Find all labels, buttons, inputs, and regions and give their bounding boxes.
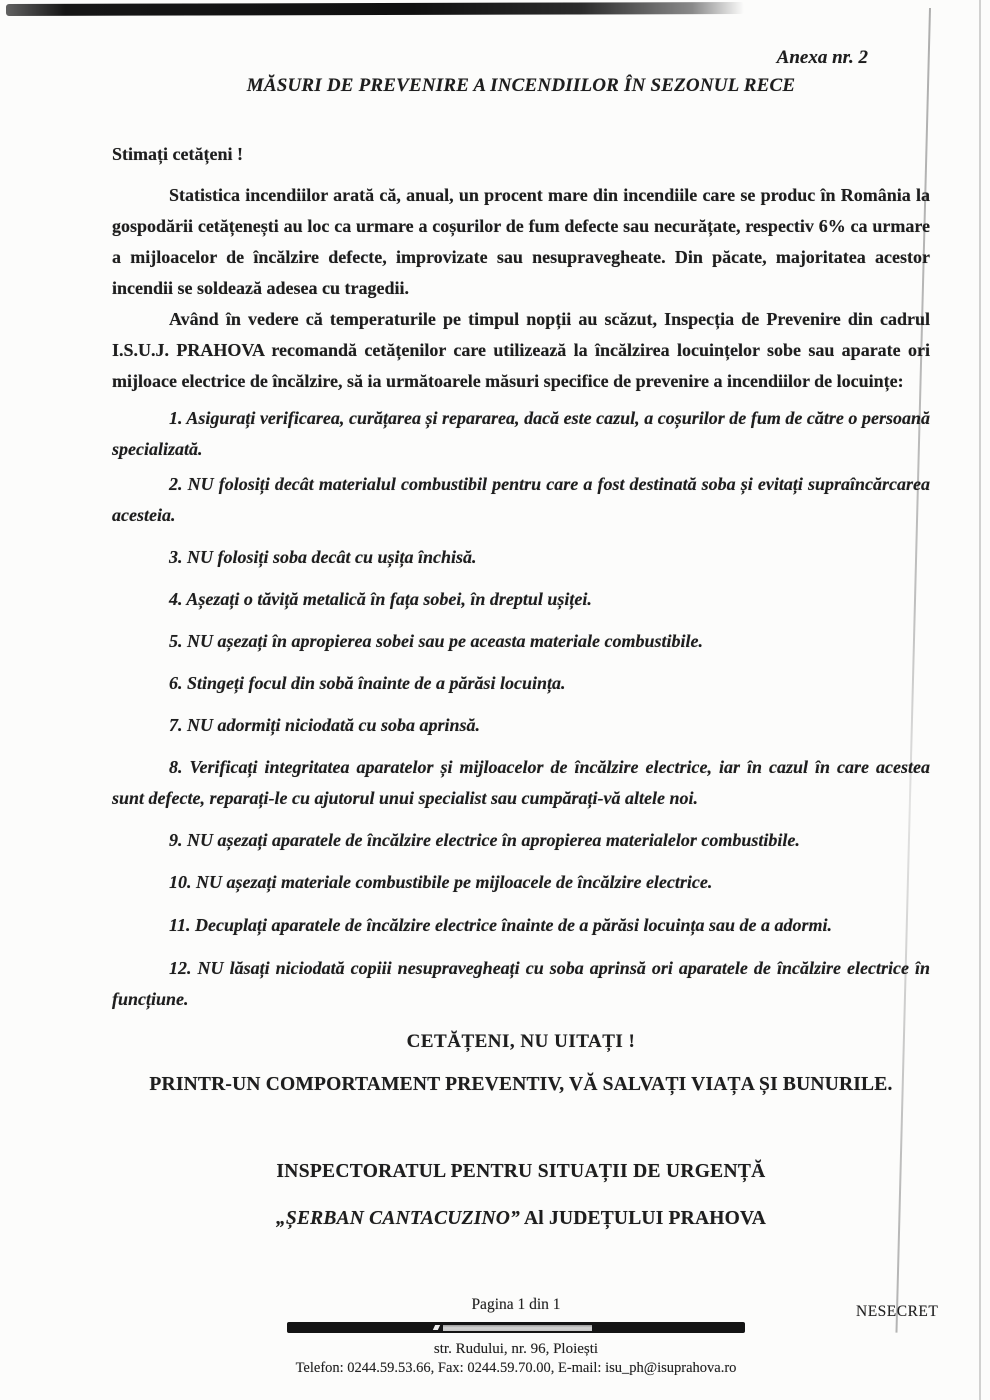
closing-warning: CETĂȚENI, NU UITAȚI ! — [112, 1029, 930, 1055]
document-title: MĂSURI DE PREVENIRE A INCENDIILOR ÎN SEZ… — [112, 74, 930, 98]
page-indicator: Pagina 1 din 1 — [287, 1295, 745, 1315]
scan-page-edge-line — [979, 0, 981, 1400]
footer-contact: Telefon: 0244.59.53.66, Fax: 0244.59.70.… — [287, 1359, 745, 1377]
measure-item-5: 5. NU așezați în apropierea sobei sau pe… — [112, 626, 930, 657]
signature-organization: INSPECTORATUL PENTRU SITUAȚII DE URGENȚĂ — [112, 1158, 930, 1185]
scanned-document-page: Anexa nr. 2 MĂSURI DE PREVENIRE A INCEND… — [0, 0, 990, 1400]
footer-bar-notch — [433, 1325, 440, 1330]
measure-item-12: 12. NU lăsați niciodată copiii nesuprave… — [112, 953, 930, 1015]
measure-item-1: 1. Asigurați verificarea, curățarea și r… — [112, 403, 930, 465]
annex-label: Anexa nr. 2 — [112, 46, 930, 70]
footer: Pagina 1 din 1 str. Rudului, nr. 96, Plo… — [287, 1295, 745, 1377]
measure-item-7: 7. NU adormiți niciodată cu soba aprinsă… — [112, 710, 930, 741]
footer-bar-light-segment — [443, 1325, 592, 1331]
closing-slogan: PRINTR-UN COMPORTAMENT PREVENTIV, VĂ SAL… — [112, 1071, 930, 1098]
measure-item-2: 2. NU folosiți decât materialul combusti… — [112, 469, 930, 531]
document-content: Anexa nr. 2 MĂSURI DE PREVENIRE A INCEND… — [112, 0, 930, 1232]
signature-name-rest: Al JUDEȚULUI PRAHOVA — [520, 1208, 766, 1229]
measure-item-4: 4. Așezați o tăviță metalică în fața sob… — [112, 584, 930, 615]
signature-name-quoted: „ȘERBAN CANTACUZINO” — [276, 1208, 520, 1229]
footer-separator-bar — [287, 1322, 745, 1333]
measure-item-6: 6. Stingeți focul din sobă înainte de a … — [112, 668, 930, 699]
measure-item-9: 9. NU așezați aparatele de încălzire ele… — [112, 825, 930, 856]
footer-address: str. Rudului, nr. 96, Ploiești — [287, 1340, 745, 1358]
measure-item-8: 8. Verificați integritatea aparatelor și… — [112, 752, 930, 814]
salutation: Stimați cetățeni ! — [112, 142, 930, 166]
measure-item-3: 3. NU folosiți soba decât cu ușița închi… — [112, 542, 930, 573]
measure-item-10: 10. NU așezați materiale combustibile pe… — [112, 867, 930, 898]
classification-marking: NESECRET — [856, 1303, 938, 1321]
signature-name-line: „ȘERBAN CANTACUZINO” Al JUDEȚULUI PRAHOV… — [112, 1205, 930, 1232]
paragraph-recommendation: Având în vedere că temperaturile pe timp… — [112, 304, 930, 397]
measure-item-11: 11. Decuplați aparatele de încălzire ele… — [112, 910, 930, 941]
paragraph-statistics: Statistica incendiilor arată că, anual, … — [112, 180, 930, 304]
